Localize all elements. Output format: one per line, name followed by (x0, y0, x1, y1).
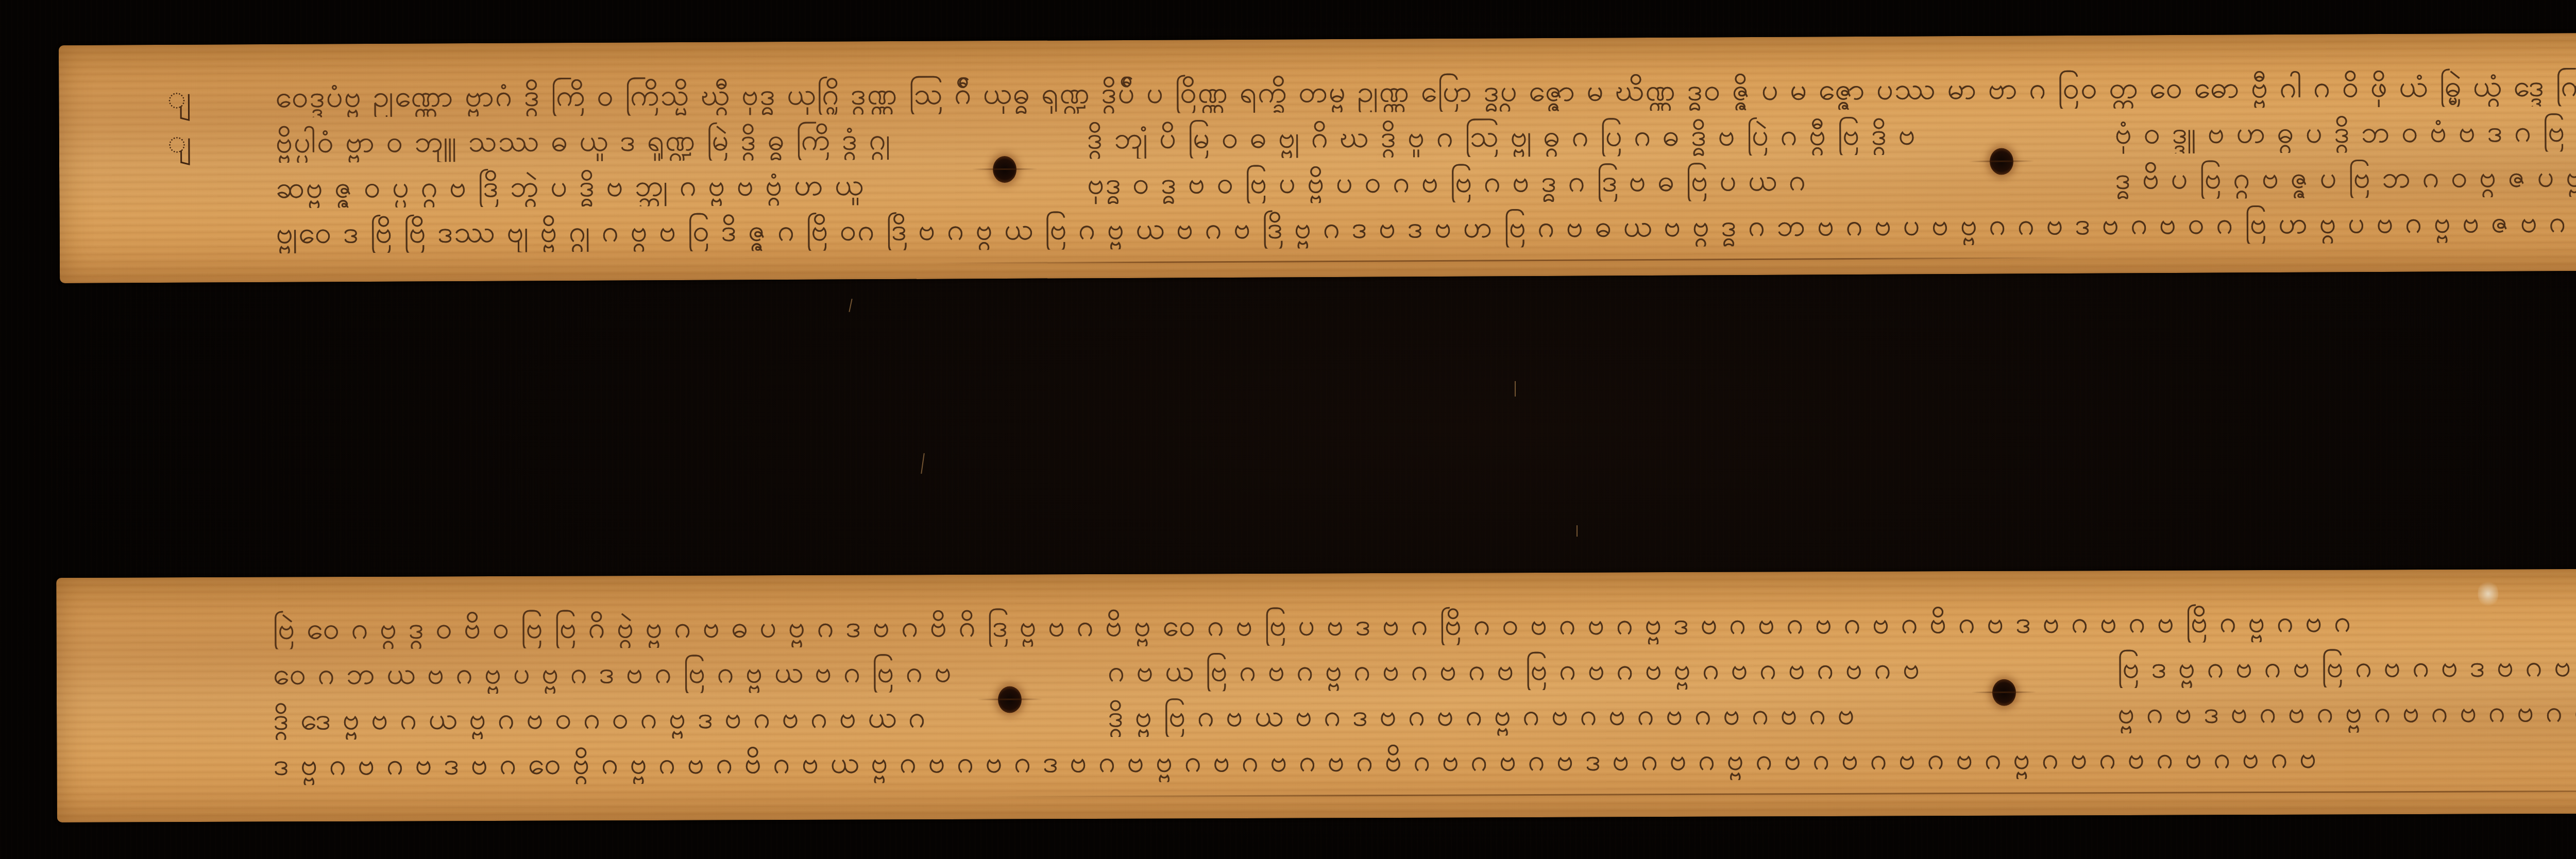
leaf-edge-line (936, 257, 2069, 264)
script-line-2-seg-3: ဗုံ ဝ ဒ္ဒူ ဗ ဟ ဓွ ပ ဒွိ ဘ ဝ ဗံ ဗ ဒ ဂ ဗြ … (2115, 110, 2576, 153)
script-line-2-seg-2: ဂ ဗ ယ ဗြ ဂ ဗ ဂ ဗ္ဗ ဂ ဗ ဂ ဗ ဂ ဗ ဗြ ဂ ဗ ဂ … (1108, 647, 2014, 692)
script-line-2-seg-2: ဒွိ ဘျံ ပိ မြ ဝ ဓ ဗ္ဗု ဂိ ဃ ဒွိ ဗူ ဂ သြ … (1087, 113, 2025, 159)
script-line-1: ဝေဒ္ဒပံဗ္ဗ ဥုဏ္ဏော ဗ္ဗာဂံ ဒွိ ကြိ ဝ ကြိသ… (275, 64, 2576, 117)
palm-leaf-bottom: ဗြဲ ဝေ ဂ ဗွ ဒွ ဝ ဗိ ဝ ဗြ ဗြ ဂိ ဗွဲ ဗ္ဗ ဂ… (56, 568, 2576, 822)
script-line-3-seg-3: ဒ္ဓ ဗိ ပ ဗြ ဂ္ဂ ဗ ဇ္ဇ ပ ဗြ ဘ ဂ ဝ ဗွ ဇ ပ … (2115, 155, 2576, 199)
palm-leaf-top: ျ ျ ဝေဒ္ဒပံဗ္ဗ ဥုဏ္ဏော ဗ္ဗာဂံ ဒွိ ကြိ ဝ … (59, 31, 2576, 283)
script-line-3-seg-1: ဆဗ္ဗ ဇ္ဇ ဝ ပ္ပ ဂ္ဂ ဗ ဒြိ ဘွဲ ပ ဒ္ဓိ ဗ ဘ္… (276, 163, 997, 208)
script-line-1: ဗြဲ ဝေ ဂ ဗွ ဒွ ဝ ဗိ ဝ ဗြ ဗြ ဂိ ဗွဲ ဗ္ဗ ဂ… (273, 599, 2576, 649)
leaf-edge-line (985, 789, 2576, 798)
folio-mark: ျ (167, 126, 192, 157)
dust-fiber (1515, 381, 1516, 397)
binding-hole (993, 156, 1016, 183)
script-line-4: ဒ ဗ္ဗ ဂ ဗ ဂ ဗ ဒ ဗ ဂ ဝေ ဗွိ ဂ ဗ္ဗ ဂ ဗ ဂ ဗ… (273, 735, 2576, 785)
binding-hole (998, 686, 1022, 713)
script-line-2-seg-1: ဗ္ဗိပ္ပါဝံ ဗ္ဗာ ဝ ဘျူ သဿ ဓ ယူ ဒ ရှုဏ္ဍ မ… (276, 118, 997, 163)
binding-hole (1992, 679, 2016, 706)
leaf-stain (2478, 579, 2498, 608)
binding-hole (1990, 148, 2013, 175)
script-line-3-seg-2: ဒွိ ဗ္ဗ ဗြ ဂ ဗ ယ ဗ ဂ ဒ ဗ ဂ ဗ ဂ ဗ္ဗ ဂ ဗ ဂ… (1108, 693, 2014, 737)
dust-fiber (1577, 525, 1578, 537)
script-line-2-seg-3: ဗြ ဒ ဗ္ဗ ဂ ဗ ဂ ဗ ဗြ ဂ ဗ ဂ ဗ ဒ ဗ ဂ ဗ ဂ ဗ္… (2117, 645, 2576, 688)
script-line-3-seg-2: ဗုဒ္ဓ ဝ ဒ္ဓ ဗ ဝ ဗြ ပ ဗ္ဗိ ပ ဝ ဂ ဗ ဗြ ဂ ဗ… (1087, 159, 2004, 204)
script-line-3-seg-3: ဗ္ဗ ဂ ဗ ဒ ဗ ဂ ဗ ဂ ဗ္ဗ ဂ ဗ ဂ ဗ ဂ ဗ ဂ ဗ ဒ … (2117, 690, 2576, 733)
script-line-2-seg-1: ဝေ ဂ ဘ ယ ဗ ဂ ဗ္ဗ ပ ဗ္ဗ ဂ ဒ ဗ ဂ ဗြ ဂ ဗ္ဗ … (273, 651, 1005, 695)
script-line-3-seg-1: ဒွိ ဒေ ဗ္ဗ ဗ ဂ ယ ဗ္ဗ ဂ ဗ ဝ ဂ ဝ ဂ ဗ္ဗ ဒ ဗ… (273, 696, 1005, 740)
folio-mark: ျ (167, 82, 191, 113)
script-line-4: ဗ္ဗုဝေ ဒ ဗြိ ဗြိ ဒဿ ဗျ ဗ္ဗိ ဂ္ဂု ဂ ဗွ ဗ … (276, 200, 2576, 253)
